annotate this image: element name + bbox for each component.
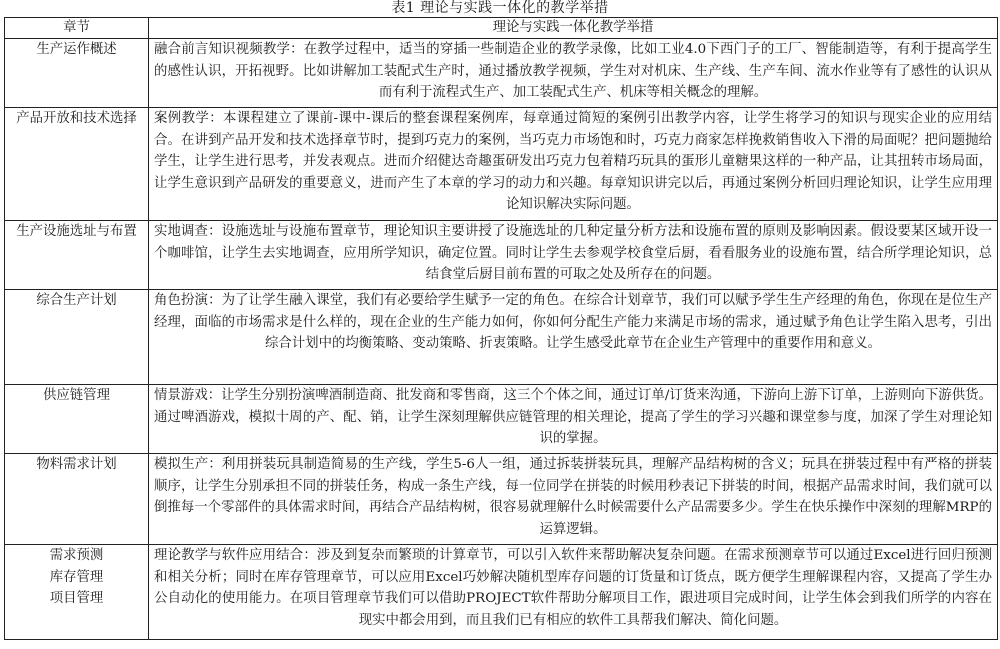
table-row: 综合生产计划 角色扮演：为了让学生融入课堂，我们有必要给学生赋予一定的角色。在综… — [5, 290, 998, 385]
chapter-cell: 供应链管理 — [5, 385, 149, 454]
chapter-cell: 产品开放和技术选择 — [5, 108, 149, 221]
chapter-line: 需求预测 — [9, 545, 144, 567]
measure-cell: 情景游戏：让学生分别扮演啤酒制造商、批发商和零售商，这三个个体之间，通过订单/订… — [149, 385, 998, 454]
chapter-cell: 综合生产计划 — [5, 290, 149, 385]
teaching-measures-table: 章节 理论与实践一体化教学举措 生产运作概述 融合前言知识视频教学：在教学过程中… — [4, 17, 998, 640]
measure-cell: 案例教学：本课程建立了课前-课中-课后的整套课程案例库，每章通过简短的案例引出教… — [149, 108, 998, 221]
table-header-row: 章节 理论与实践一体化教学举措 — [5, 18, 998, 39]
measure-cell: 实地调查：设施选址与设施布置章节，理论知识主要讲授了设施选址的几种定量分析方法和… — [149, 221, 998, 290]
measure-cell: 融合前言知识视频教学：在教学过程中，适当的穿插一些制造企业的教学录像，比如工业4… — [149, 39, 998, 108]
table-row: 生产设施选址与布置 实地调查：设施选址与设施布置章节，理论知识主要讲授了设施选址… — [5, 221, 998, 290]
table-row: 物料需求计划 模拟生产：利用拼装玩具制造简易的生产线，学生5-6人一组，通过拆装… — [5, 454, 998, 545]
table-row: 需求预测 库存管理 项目管理 理论教学与软件应用结合：涉及到复杂而繁琐的计算章节… — [5, 545, 998, 640]
measure-cell: 模拟生产：利用拼装玩具制造简易的生产线，学生5-6人一组，通过拆装拼装玩具，理解… — [149, 454, 998, 545]
chapter-cell: 生产运作概述 — [5, 39, 149, 108]
chapter-line: 项目管理 — [9, 588, 144, 610]
measure-cell: 理论教学与软件应用结合：涉及到复杂而繁琐的计算章节，可以引入软件来帮助解决复杂问… — [149, 545, 998, 640]
table-row: 产品开放和技术选择 案例教学：本课程建立了课前-课中-课后的整套课程案例库，每章… — [5, 108, 998, 221]
chapter-cell: 需求预测 库存管理 项目管理 — [5, 545, 149, 640]
chapter-line: 库存管理 — [9, 567, 144, 589]
measure-cell: 角色扮演：为了让学生融入课堂，我们有必要给学生赋予一定的角色。在综合计划章节，我… — [149, 290, 998, 385]
table-caption: 表1 理论与实践一体化的教学举措 — [0, 0, 1000, 17]
table-row: 生产运作概述 融合前言知识视频教学：在教学过程中，适当的穿插一些制造企业的教学录… — [5, 39, 998, 108]
header-measures: 理论与实践一体化教学举措 — [149, 18, 998, 39]
table-row: 供应链管理 情景游戏：让学生分别扮演啤酒制造商、批发商和零售商，这三个个体之间，… — [5, 385, 998, 454]
chapter-cell: 物料需求计划 — [5, 454, 149, 545]
header-chapter: 章节 — [5, 18, 149, 39]
chapter-cell: 生产设施选址与布置 — [5, 221, 149, 290]
